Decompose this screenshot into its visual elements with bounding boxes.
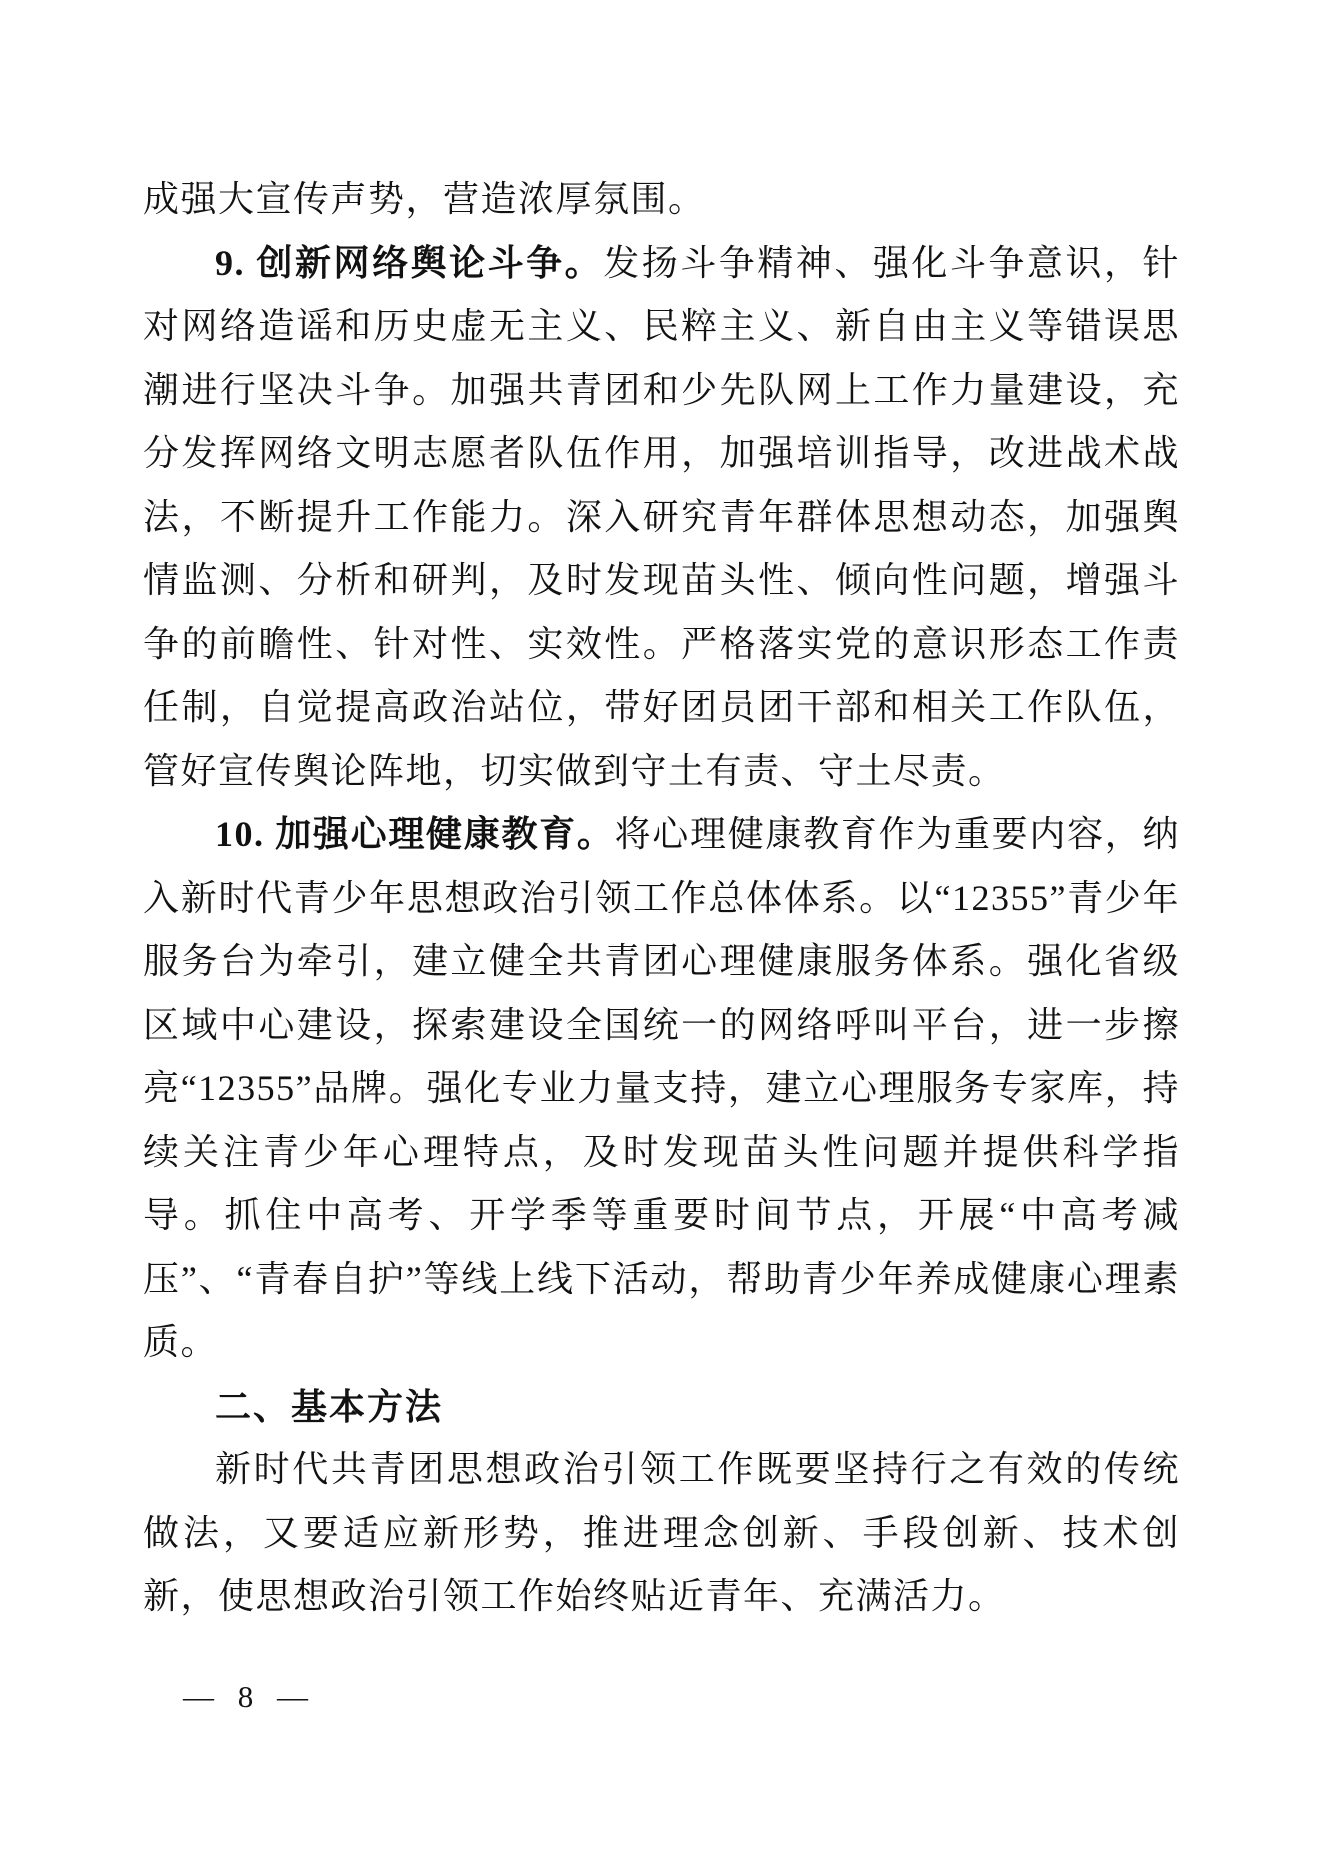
closing-paragraph: 新时代共青团思想政治引领工作既要坚持行之有效的传统做法，又要适应新形势，推进理念… — [143, 1438, 1180, 1629]
document-body: 成强大宣传声势，营造浓厚氛围。 9. 创新网络舆论斗争。发扬斗争精神、强化斗争意… — [143, 168, 1180, 1629]
section-heading: 二、基本方法 — [143, 1375, 1180, 1439]
item-10-body: 将心理健康教育作为重要内容，纳入新时代青少年思想政治引领工作总体体系。以“123… — [143, 814, 1180, 1362]
page-number: — 8 — — [183, 1679, 312, 1715]
item-9-paragraph: 9. 创新网络舆论斗争。发扬斗争精神、强化斗争意识，针对网络造谣和历史虚无主义、… — [143, 232, 1180, 804]
item-10-paragraph: 10. 加强心理健康教育。将心理健康教育作为重要内容，纳入新时代青少年思想政治引… — [143, 803, 1180, 1375]
document-page: 成强大宣传声势，营造浓厚氛围。 9. 创新网络舆论斗争。发扬斗争精神、强化斗争意… — [0, 0, 1323, 1871]
continuation-paragraph: 成强大宣传声势，营造浓厚氛围。 — [143, 168, 1180, 232]
item-9-lead: 9. 创新网络舆论斗争。 — [215, 243, 603, 283]
item-10-lead: 10. 加强心理健康教育。 — [215, 814, 615, 854]
item-9-body: 发扬斗争精神、强化斗争意识，针对网络造谣和历史虚无主义、民粹主义、新自由主义等错… — [143, 243, 1180, 791]
